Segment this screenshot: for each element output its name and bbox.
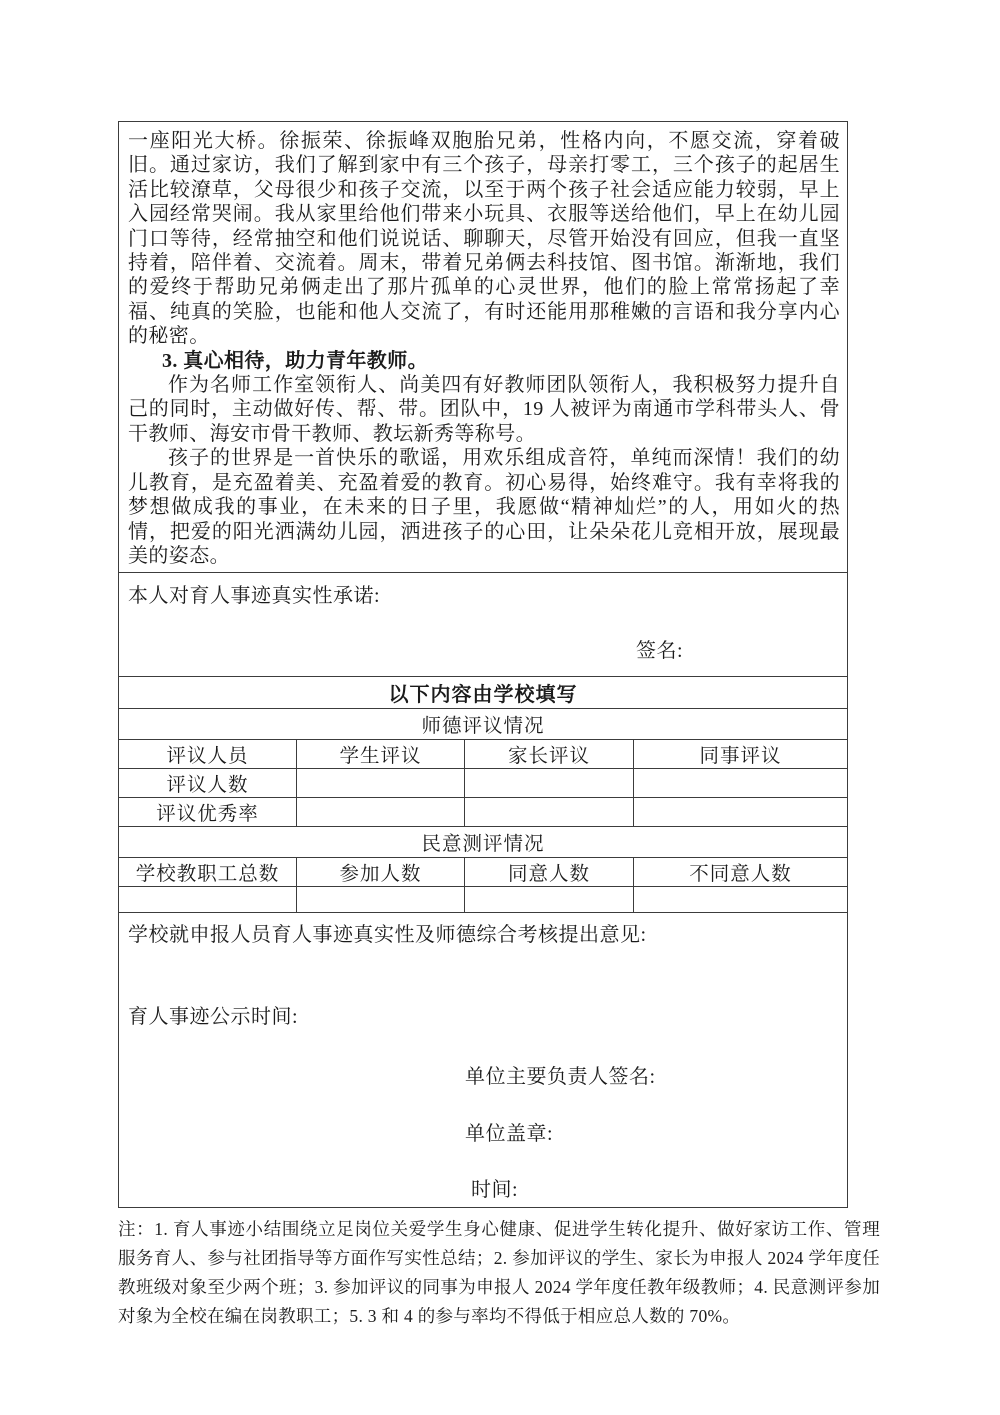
commitment-cell: 本人对育人事迹真实性承诺: 签名: — [119, 573, 848, 677]
unit-seal-label: 单位盖章: — [465, 1117, 838, 1146]
review-rate-colleagues-cell — [634, 798, 848, 827]
review-header-row: 评议人员 学生评议 家长评议 同事评议 — [119, 740, 848, 769]
poll-title: 民意测评情况 — [119, 827, 848, 858]
commitment-row: 本人对育人事迹真实性承诺: 签名: — [119, 573, 848, 677]
opinion-row: 学校就申报人员育人事迹真实性及师德综合考核提出意见: 育人事迹公示时间: 单位主… — [119, 913, 848, 1208]
opinion-cell: 学校就申报人员育人事迹真实性及师德综合考核提出意见: 育人事迹公示时间: 单位主… — [119, 913, 848, 1208]
poll-header-disagree: 不同意人数 — [634, 858, 848, 887]
review-rate-students-cell — [297, 798, 465, 827]
poll-agree-cell — [465, 887, 634, 913]
review-rate-label: 评议优秀率 — [119, 798, 297, 827]
paragraph-team-lead: 作为名师工作室领衔人、尚美四有好教师团队领衔人，我积极努力提升自己的同时，主动做… — [128, 373, 840, 446]
form-footnote: 注：1. 育人事迹小结围绕立足岗位关爱学生身心健康、促进学生转化提升、做好家访工… — [118, 1215, 880, 1331]
narrative-cell: 一座阳光大桥。徐振荣、徐振峰双胞胎兄弟，性格内向，不愿交流，穿着破旧。通过家访，… — [119, 122, 848, 573]
review-count-colleagues-cell — [634, 769, 848, 798]
review-header-students: 学生评议 — [297, 740, 465, 769]
review-header-parents: 家长评议 — [465, 740, 634, 769]
poll-header-participants: 参加人数 — [297, 858, 465, 887]
review-rate-row: 评议优秀率 — [119, 798, 848, 827]
poll-header-agree: 同意人数 — [465, 858, 634, 887]
paragraph-closing: 孩子的世界是一首快乐的歌谣，用欢乐组成音符，单纯而深情！我们的幼儿教育，是充盈着… — [128, 446, 840, 568]
poll-disagree-cell — [634, 887, 848, 913]
school-opinion-label: 学校就申报人员育人事迹真实性及师德综合考核提出意见: — [128, 918, 838, 947]
poll-title-row: 民意测评情况 — [119, 827, 848, 858]
review-header-colleagues: 同事评议 — [634, 740, 848, 769]
review-count-students-cell — [297, 769, 465, 798]
school-section-header: 以下内容由学校填写 — [119, 677, 848, 709]
school-section-header-row: 以下内容由学校填写 — [119, 677, 848, 709]
poll-header-row: 学校教职工总数 参加人数 同意人数 不同意人数 — [119, 858, 848, 887]
poll-header-total-staff: 学校教职工总数 — [119, 858, 297, 887]
application-form-table: 一座阳光大桥。徐振荣、徐振峰双胞胎兄弟，性格内向，不愿交流，穿着破旧。通过家访，… — [118, 121, 848, 1208]
shide-review-title: 师德评议情况 — [119, 709, 848, 740]
shide-title-row: 师德评议情况 — [119, 709, 848, 740]
date-label: 时间: — [471, 1173, 838, 1202]
narrative-row: 一座阳光大桥。徐振荣、徐振峰双胞胎兄弟，性格内向，不愿交流，穿着破旧。通过家访，… — [119, 122, 848, 573]
review-count-row: 评议人数 — [119, 769, 848, 798]
paragraph-heading-mentoring: 3. 真心相待，助力青年教师。 — [128, 349, 840, 373]
signature-label: 签名: — [636, 634, 838, 663]
publicity-time-label: 育人事迹公示时间: — [128, 1000, 838, 1029]
review-count-label: 评议人数 — [119, 769, 297, 798]
paragraph-family-visit: 一座阳光大桥。徐振荣、徐振峰双胞胎兄弟，性格内向，不愿交流，穿着破旧。通过家访，… — [128, 129, 840, 349]
review-count-parents-cell — [465, 769, 634, 798]
commitment-label: 本人对育人事迹真实性承诺: — [128, 579, 838, 608]
review-rate-parents-cell — [465, 798, 634, 827]
poll-total-staff-cell — [119, 887, 297, 913]
document-page: 一座阳光大桥。徐振荣、徐振峰双胞胎兄弟，性格内向，不愿交流，穿着破旧。通过家访，… — [118, 121, 882, 1331]
poll-participants-cell — [297, 887, 465, 913]
leader-signature-label: 单位主要负责人签名: — [465, 1060, 838, 1089]
review-header-personnel: 评议人员 — [119, 740, 297, 769]
poll-values-row — [119, 887, 848, 913]
